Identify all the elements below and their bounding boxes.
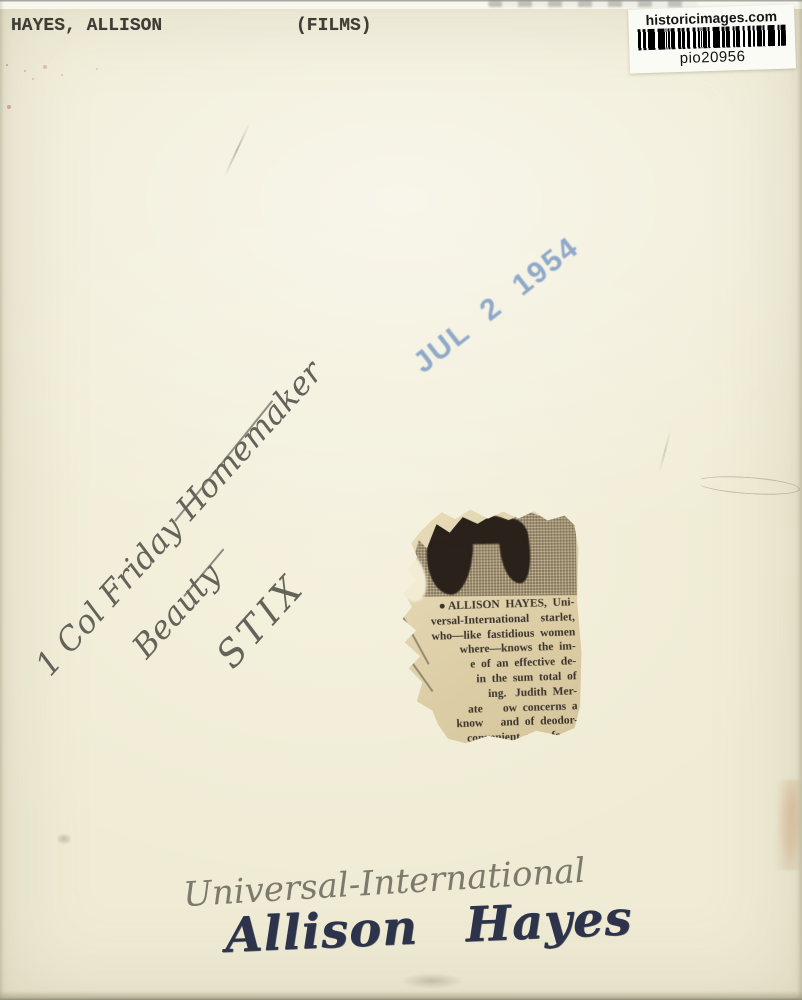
rust-stain xyxy=(774,780,800,870)
typed-category-label: (FILMS) xyxy=(296,15,372,37)
clipping-photo-fragment xyxy=(412,509,577,597)
scan-edge-bottom xyxy=(0,991,802,1000)
crease-mark xyxy=(223,122,250,177)
red-speck-stains xyxy=(6,64,8,66)
newspaper-clipping: ● ALLISON HAYES, Uni- versal-Internation… xyxy=(392,506,586,744)
photo-back-scan: HAYES, ALLISON (FILMS) historicimages.co… xyxy=(0,0,802,1000)
date-stamp: JUL 2 1954 xyxy=(408,240,573,379)
smudge-mark xyxy=(400,973,464,989)
pencil-note: 1 Col Friday Homemaker Beauty STIX xyxy=(20,309,469,778)
scan-top-smudge xyxy=(488,1,698,7)
crease-mark xyxy=(658,429,672,474)
crease-loop-mark xyxy=(696,473,801,497)
smudge-mark xyxy=(56,833,72,845)
typed-subject-name: HAYES, ALLISON xyxy=(11,15,162,37)
scan-edge-left xyxy=(0,0,4,1000)
barcode-sticker: historicimages.com pio20956 xyxy=(628,4,796,73)
photo-dark-shape xyxy=(496,516,534,585)
clipping-text-column: ● ALLISON HAYES, Uni- versal-Internation… xyxy=(396,595,583,749)
clipping-line: convenient new form. xyxy=(400,728,582,749)
